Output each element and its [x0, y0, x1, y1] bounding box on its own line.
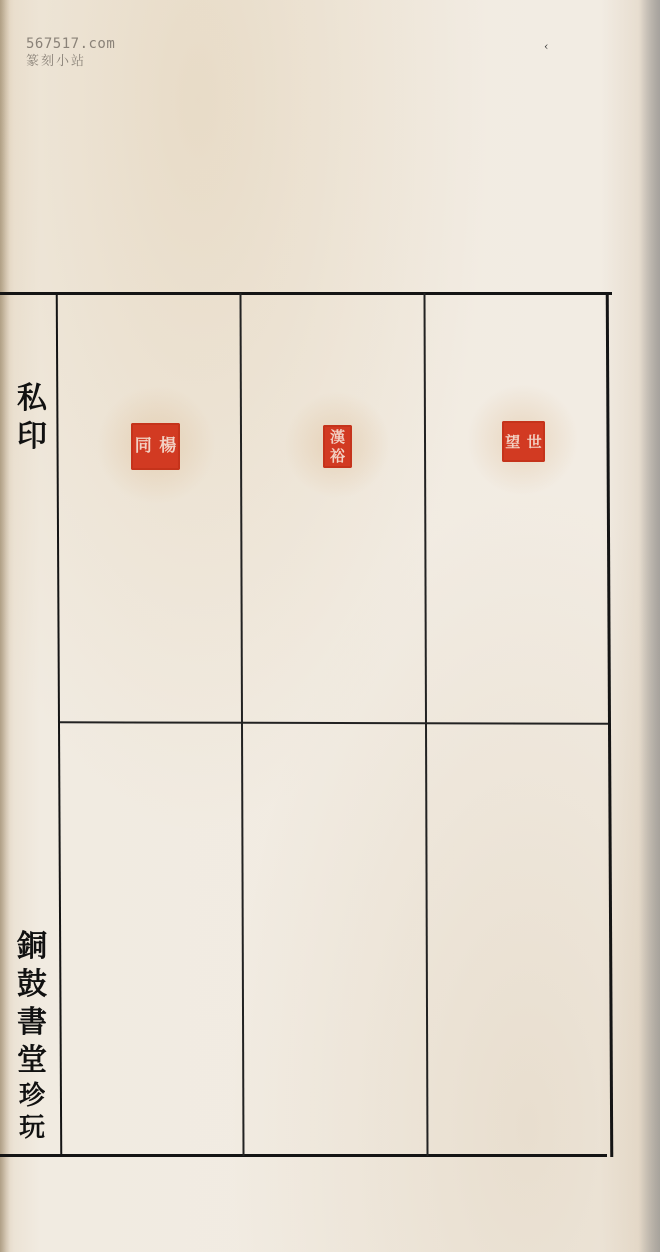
- page-right-edge: [638, 0, 660, 1252]
- seal-glyph: 望: [502, 433, 524, 451]
- seal-glyph: 世: [524, 433, 546, 451]
- seal-impression-1: 同 楊: [131, 423, 180, 470]
- frame-bottom-border: [0, 1154, 607, 1157]
- seal-glyph: 漢: [323, 428, 352, 447]
- label-char: 珍: [19, 1080, 45, 1112]
- label-column-divider: [56, 293, 63, 1156]
- side-label-studio-name: 銅 鼓 書 堂 珍 玩: [8, 928, 56, 1144]
- seal-glyph: 同: [131, 437, 156, 456]
- label-char: 堂: [17, 1042, 47, 1080]
- label-char: 銅: [17, 928, 47, 966]
- frame-top-border: [0, 292, 612, 295]
- side-label-private-seal: 私 印: [8, 380, 56, 456]
- ink-speck: ‹: [544, 40, 548, 53]
- seal-glyph: 裕: [323, 447, 352, 466]
- column-divider-2: [423, 293, 428, 1156]
- seal-glyph: 楊: [156, 437, 181, 456]
- frame-right-border: [606, 293, 614, 1157]
- watermark-name: 篆刻小站: [26, 53, 115, 71]
- label-char: 玩: [19, 1112, 45, 1144]
- label-char: 印: [17, 418, 47, 456]
- seal-impression-3: 望 世: [502, 421, 545, 462]
- label-char: 書: [17, 1004, 47, 1042]
- watermark: 567517.com 篆刻小站: [26, 35, 115, 71]
- column-divider-1: [239, 293, 244, 1156]
- watermark-site: 567517.com: [26, 35, 115, 53]
- label-char: 私: [17, 380, 47, 418]
- label-char: 鼓: [17, 966, 47, 1004]
- seal-impression-2: 漢 裕: [323, 425, 352, 468]
- row-divider: [60, 721, 608, 724]
- book-page: 567517.com 篆刻小站 ‹ 私 印 銅 鼓 書 堂 珍 玩 同 楊 漢 …: [0, 0, 660, 1252]
